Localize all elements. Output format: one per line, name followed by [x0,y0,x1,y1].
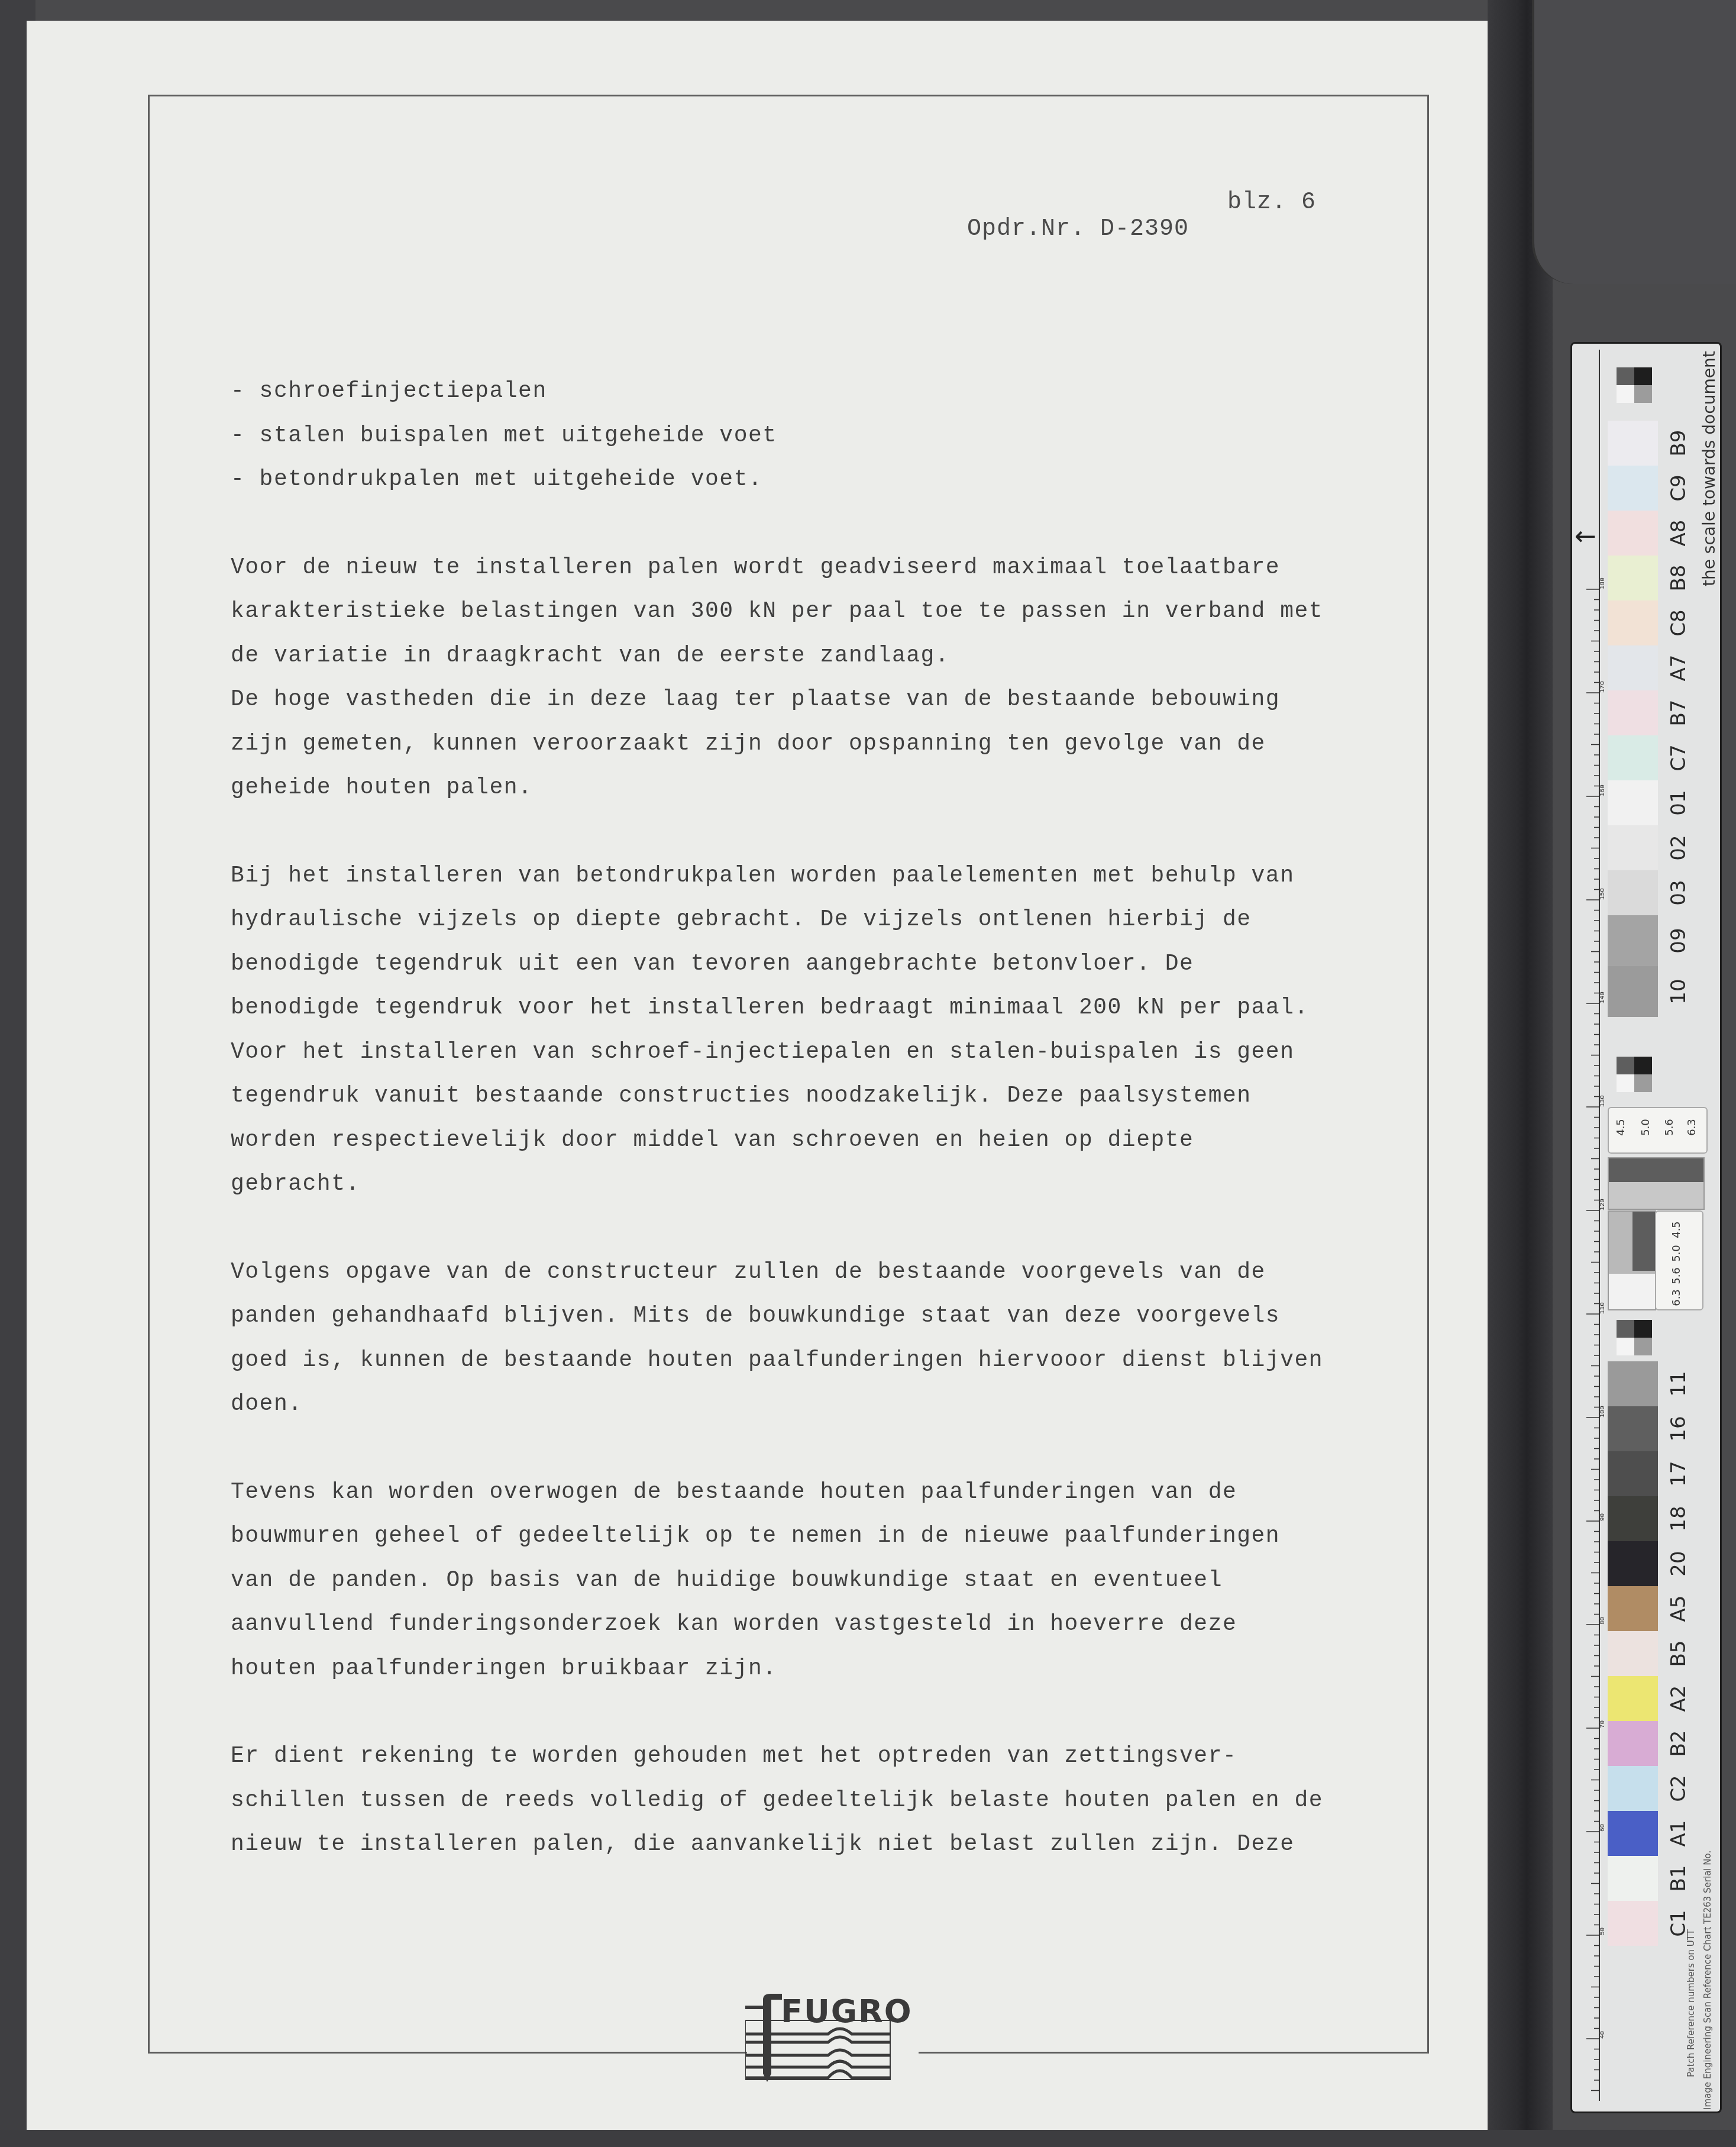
color-swatch [1608,1406,1658,1451]
folder-flap [1532,0,1736,284]
color-swatch [1608,1631,1658,1676]
svg-text:180: 180 [1599,577,1606,589]
color-swatch [1608,1676,1658,1721]
color-reference-card: 180170160150140130120110100908070605040 … [1570,342,1722,2113]
contrast-target-2 [1608,1210,1656,1310]
document-page: Opdr.Nr. D-2390 blz. 6 - schroefinjectie… [27,21,1488,2130]
ruler-scale: 180170160150140130120110100908070605040 [1583,350,1606,2101]
text-line: worden respectievelijk door middel van s… [231,1119,1414,1163]
swatch-label: A7 [1667,650,1690,686]
svg-text:70: 70 [1599,1720,1606,1728]
color-swatch [1608,1811,1658,1856]
swatch-label: C2 [1667,1771,1690,1806]
color-swatch [1608,645,1658,690]
fugro-logo: FUGRO [745,1988,917,2083]
folder-spine [1488,0,1553,2147]
svg-text:90: 90 [1599,1513,1606,1521]
text-line: benodigde tegendruk uit een van tevoren … [231,942,1414,987]
gray-target-middle [1617,1057,1652,1092]
gray-target-top [1617,367,1652,403]
paragraphs: Voor de nieuw te installeren palen wordt… [231,546,1414,1867]
text-line: benodigde tegendruk voor het installeren… [231,986,1414,1031]
text-line: zijn gemeten, kunnen veroorzaakt zijn do… [231,722,1414,767]
color-swatch [1608,1361,1658,1406]
color-swatch [1608,1766,1658,1811]
text-line: gebracht. [231,1163,1414,1207]
color-swatch [1608,556,1658,600]
text-line: karakteristieke belastingen van 300 kN p… [231,590,1414,634]
text-line: Bij het installeren van betondrukpalen w… [231,854,1414,899]
swatch-label: B7 [1667,695,1690,731]
arrow-left-icon: ← [1575,521,1596,551]
text-line: houten paalfunderingen bruikbaar zijn. [231,1647,1414,1691]
text-line: Er dient rekening te worden gehouden met… [231,1735,1414,1779]
color-swatch [1608,600,1658,645]
svg-text:50: 50 [1599,1928,1606,1935]
swatch-label: 01 [1667,785,1690,821]
paragraph: Bij het installeren van betondrukpalen w… [231,854,1414,1207]
color-swatch [1608,511,1658,556]
swatch-label: 20 [1667,1546,1690,1581]
text-line: van de panden. Op basis van de huidige b… [231,1559,1414,1603]
color-swatch [1608,690,1658,735]
contrast-target [1608,1157,1705,1210]
card-note: the scale towards document [1699,351,1719,586]
color-swatch [1608,1901,1658,1946]
color-swatch [1608,1451,1658,1496]
swatch-label: 03 [1667,875,1690,911]
color-swatch [1608,870,1658,915]
text-line: doen. [231,1383,1414,1427]
swatch-label: A5 [1667,1591,1690,1626]
svg-text:150: 150 [1599,888,1606,900]
swatch-label: A1 [1667,1816,1690,1851]
card-footer-1: Patch Reference numbers on UTT [1686,1929,1696,2077]
color-swatch [1608,915,1658,966]
color-swatch [1608,780,1658,825]
svg-text:170: 170 [1599,681,1606,693]
swatch-label: B9 [1667,425,1690,461]
color-swatch [1608,466,1658,511]
text-line: Volgens opgave van de constructeur zulle… [231,1251,1414,1295]
swatch-label: 10 [1667,974,1690,1009]
color-swatch [1608,1586,1658,1631]
card-footer-2: Image Engineering Scan Reference Chart T… [1702,1851,1713,2110]
swatch-label: 11 [1667,1366,1690,1402]
color-swatch [1608,421,1658,466]
swatch-label: A2 [1667,1681,1690,1716]
color-swatch [1608,735,1658,780]
logo-text: FUGRO [781,1993,913,2030]
paragraph: Volgens opgave van de constructeur zulle… [231,1251,1414,1427]
folder-background-bottom [0,2130,1736,2147]
text-line: De hoge vastheden die in deze laag ter p… [231,678,1414,722]
text-line: hydraulische vijzels op diepte gebracht.… [231,898,1414,942]
swatch-label: C9 [1667,470,1690,506]
text-line: bouwmuren geheel of gedeeltelijk op te n… [231,1515,1414,1559]
resolution-target-1: 4.5 5.0 5.6 6.3 [1608,1107,1708,1154]
paragraph: Er dient rekening te worden gehouden met… [231,1735,1414,1867]
page-header: Opdr.Nr. D-2390 blz. 6 [908,189,1189,296]
svg-text:160: 160 [1599,784,1606,796]
swatch-label: C8 [1667,605,1690,641]
svg-text:130: 130 [1599,1095,1606,1107]
text-line: Voor het installeren van schroef-injecti… [231,1031,1414,1075]
text-line: Tevens kan worden overwogen de bestaande… [231,1471,1414,1515]
swatch-label: B2 [1667,1726,1690,1761]
svg-text:60: 60 [1599,1824,1606,1832]
color-swatch [1608,825,1658,870]
svg-text:80: 80 [1599,1617,1606,1625]
color-swatch [1608,966,1658,1017]
gray-target-lower [1617,1320,1652,1355]
swatch-label: B1 [1667,1861,1690,1896]
text-line: Voor de nieuw te installeren palen wordt… [231,546,1414,590]
text-line: nieuw te installeren palen, die aanvanke… [231,1823,1414,1867]
paragraph: Tevens kan worden overwogen de bestaande… [231,1471,1414,1691]
color-swatch [1608,1856,1658,1901]
list-item: - stalen buispalen met uitgeheide voet [231,414,1414,459]
text-line: panden gehandhaafd blijven. Mits de bouw… [231,1294,1414,1339]
swatch-label: 02 [1667,830,1690,866]
swatch-label: B5 [1667,1636,1690,1671]
page-number: blz. 6 [1227,189,1316,216]
text-line: goed is, kunnen de bestaande houten paal… [231,1339,1414,1383]
color-swatch [1608,1721,1658,1766]
swatch-label: 16 [1667,1411,1690,1447]
swatch-label: C7 [1667,740,1690,776]
list-item: - betondrukpalen met uitgeheide voet. [231,458,1414,502]
swatch-label: A8 [1667,515,1690,551]
color-swatch [1608,1541,1658,1586]
pile-type-list: - schroefinjectiepalen - stalen buispale… [231,370,1414,502]
resolution-target-2: 4.5 5.0 5.6 6.3 [1655,1210,1703,1310]
color-swatch [1608,1496,1658,1541]
text-line: schillen tussen de reeds volledig of ged… [231,1779,1414,1823]
swatch-label: 18 [1667,1501,1690,1536]
text-line: de variatie in draagkracht van de eerste… [231,634,1414,679]
swatch-label: B8 [1667,560,1690,596]
order-number: Opdr.Nr. D-2390 [967,216,1189,243]
svg-text:120: 120 [1599,1199,1606,1210]
svg-text:100: 100 [1599,1406,1606,1418]
text-line: aanvullend funderingsonderzoek kan worde… [231,1603,1414,1647]
swatch-label: 09 [1667,923,1690,958]
paragraph: Voor de nieuw te installeren palen wordt… [231,546,1414,811]
swatch-label: 17 [1667,1456,1690,1491]
svg-text:140: 140 [1599,992,1606,1003]
document-body: - schroefinjectiepalen - stalen buispale… [231,370,1414,1867]
svg-text:40: 40 [1599,2031,1606,2039]
list-item: - schroefinjectiepalen [231,370,1414,414]
text-line: geheide houten palen. [231,766,1414,811]
text-line: tegendruk vanuit bestaande constructies … [231,1074,1414,1119]
svg-text:110: 110 [1599,1302,1606,1314]
